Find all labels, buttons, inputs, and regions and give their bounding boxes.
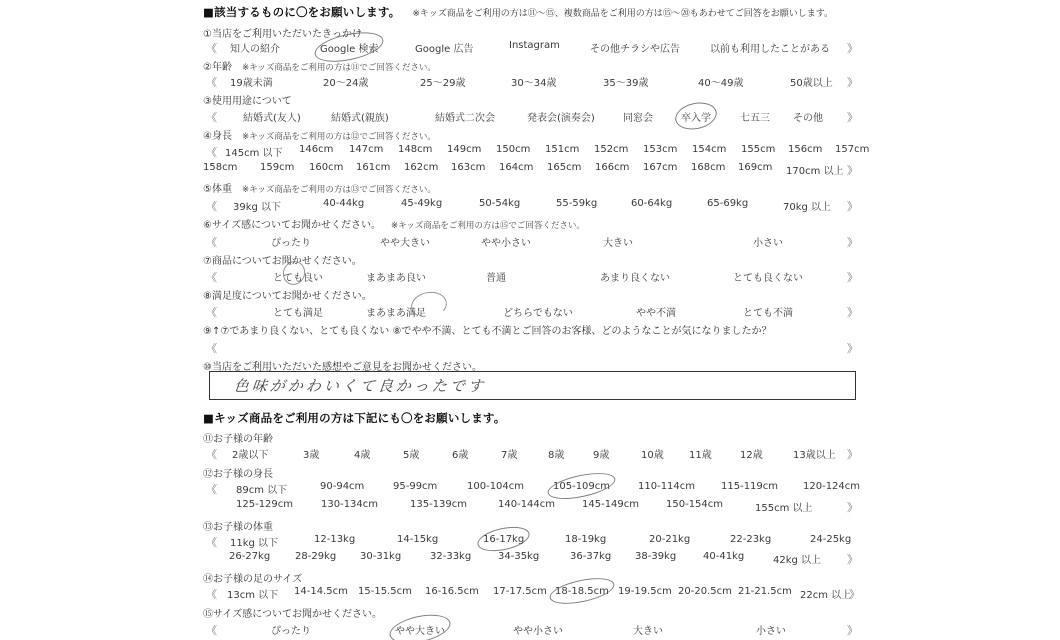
- survey-form: ■該当するものに〇をお願いします。※キッズ商品をご利用の方は⑪〜⑮、複数商品をご…: [0, 0, 1060, 640]
- q4-title: ④身長: [203, 131, 232, 142]
- bracket-right: 》: [847, 74, 858, 90]
- q14-option[interactable]: 15-15.5cm: [358, 586, 412, 597]
- q5-option[interactable]: 50-54kg: [479, 198, 520, 209]
- q4-option[interactable]: 169cm: [738, 162, 772, 173]
- q6-option[interactable]: ぴったり: [271, 234, 311, 249]
- q1-option[interactable]: Google 広告: [415, 40, 473, 55]
- q11-label: ⑪お子様の年齢: [203, 430, 273, 445]
- q14-option[interactable]: 13cm 以下: [227, 586, 278, 601]
- q11-option[interactable]: 13歳以上: [793, 446, 836, 461]
- q13-option[interactable]: 11kg 以下: [230, 534, 278, 549]
- q11-option[interactable]: 7歳: [501, 446, 517, 461]
- q8-option[interactable]: やや不満: [636, 304, 676, 319]
- q2-option[interactable]: 50歳以上: [790, 74, 833, 89]
- q14-option-selected[interactable]: 18-18.5cm: [555, 586, 609, 597]
- q4-option[interactable]: 158cm: [203, 162, 237, 173]
- q14-option[interactable]: 19-19.5cm: [618, 586, 672, 597]
- q12-option[interactable]: 150-154cm: [666, 499, 723, 510]
- q13-option[interactable]: 22-23kg: [730, 534, 771, 545]
- q13-option[interactable]: 20-21kg: [649, 534, 690, 545]
- section-heading-main: ■該当するものに〇をお願いします。※キッズ商品をご利用の方は⑪〜⑮、複数商品をご…: [203, 4, 833, 20]
- bracket-left: 《: [206, 234, 217, 250]
- q4-note: ※キッズ商品をご利用の方は⑫でご回答ください。: [242, 132, 436, 142]
- q8-options: 《 とても満足 まあまあ満足 どちらでもない やや不満 とても不満 》: [203, 304, 858, 320]
- q4-option[interactable]: 163cm: [451, 162, 485, 173]
- q11-option[interactable]: 9歳: [593, 446, 609, 461]
- q14-option[interactable]: 17-17.5cm: [493, 586, 547, 597]
- bracket-right: 》: [847, 234, 858, 250]
- q2-options: 《 19歳未満 20〜24歳 25〜29歳 30〜34歳 35〜39歳 40〜4…: [203, 74, 858, 90]
- bracket-right: 》: [847, 499, 858, 515]
- q11-option[interactable]: 11歳: [689, 446, 712, 461]
- q13-option[interactable]: 40-41kg: [703, 551, 744, 562]
- q13-option[interactable]: 36-37kg: [570, 551, 611, 562]
- q4-option[interactable]: 164cm: [499, 162, 533, 173]
- q11-option[interactable]: 12歳: [740, 446, 763, 461]
- bracket-left: 《: [206, 144, 217, 160]
- q4-options-line2: 158cm 159cm 160cm 161cm 162cm 163cm 164c…: [203, 162, 858, 178]
- q6-option[interactable]: 大きい: [603, 234, 633, 249]
- q13-option[interactable]: 42kg 以上: [773, 551, 821, 566]
- q4-option[interactable]: 155cm: [741, 144, 775, 155]
- q13-option[interactable]: 32-33kg: [430, 551, 471, 562]
- q11-option[interactable]: 3歳: [303, 446, 319, 461]
- q4-option[interactable]: 145cm 以下: [225, 144, 283, 159]
- q13-option-selected[interactable]: 16-17kg: [483, 534, 524, 545]
- q3-option[interactable]: 結婚式(友人): [243, 109, 301, 124]
- bracket-right: 》: [847, 622, 858, 638]
- bracket-left: 《: [206, 304, 217, 320]
- bracket-right: 》: [847, 198, 858, 214]
- q2-option[interactable]: 40〜49歳: [698, 74, 743, 89]
- q2-option[interactable]: 19歳未満: [230, 74, 273, 89]
- q6-label: ⑥サイズ感についてお聞かせください。※キッズ商品をご利用の方は⑮でご回答ください…: [203, 216, 585, 231]
- q4-option[interactable]: 167cm: [643, 162, 677, 173]
- q6-option[interactable]: 小さい: [753, 234, 783, 249]
- q14-option[interactable]: 21-21.5cm: [738, 586, 792, 597]
- q2-option[interactable]: 25〜29歳: [420, 74, 465, 89]
- q2-title: ②年齢: [203, 62, 232, 73]
- q14-options: 《 13cm 以下 14-14.5cm 15-15.5cm 16-16.5cm …: [203, 586, 860, 602]
- bracket-left: 《: [206, 198, 217, 214]
- q12-option[interactable]: 130-134cm: [321, 499, 378, 510]
- q12-option[interactable]: 120-124cm: [803, 481, 860, 492]
- q5-note: ※キッズ商品をご利用の方は⑬でご回答ください。: [242, 185, 436, 195]
- q14-option[interactable]: 14-14.5cm: [294, 586, 348, 597]
- q3-option[interactable]: 七五三: [740, 109, 770, 124]
- q13-option[interactable]: 12-13kg: [314, 534, 355, 545]
- bracket-right: 》: [847, 304, 858, 320]
- q1-options: 《 知人の紹介 Google 検索 Google 広告 Instagram その…: [203, 40, 858, 56]
- q2-option[interactable]: 30〜34歳: [511, 74, 556, 89]
- q4-option[interactable]: 166cm: [595, 162, 629, 173]
- q11-option[interactable]: 10歳: [641, 446, 664, 461]
- q10-comment-box[interactable]: 色味がかわいくて良かったです: [209, 371, 856, 400]
- q12-label: ⑫お子様の身長: [203, 465, 273, 480]
- q14-option[interactable]: 16-16.5cm: [425, 586, 479, 597]
- bracket-right: 》: [847, 551, 858, 567]
- q5-option[interactable]: 40-44kg: [323, 198, 364, 209]
- bracket-left: 《: [206, 74, 217, 90]
- q6-title: ⑥サイズ感についてお聞かせください。: [203, 220, 381, 231]
- q11-option[interactable]: 5歳: [403, 446, 419, 461]
- section-note: ※キッズ商品をご利用の方は⑪〜⑮、複数商品をご利用の方は⑮〜⑳もあわせてご回答を…: [412, 9, 833, 19]
- q13-option[interactable]: 24-25kg: [810, 534, 851, 545]
- q8-option[interactable]: どちらでもない: [503, 304, 573, 319]
- q6-options: 《 ぴったり やや大きい やや小さい 大きい 小さい 》: [203, 234, 858, 250]
- q4-option[interactable]: 157cm: [835, 144, 869, 155]
- q3-option[interactable]: 結婚式(親族): [331, 109, 389, 124]
- q4-option[interactable]: 148cm: [398, 144, 432, 155]
- q9-answer-row[interactable]: 《 》: [203, 340, 858, 356]
- q13-option[interactable]: 18-19kg: [565, 534, 606, 545]
- q4-option[interactable]: 162cm: [404, 162, 438, 173]
- q12-option[interactable]: 90-94cm: [320, 481, 364, 492]
- q5-option[interactable]: 55-59kg: [556, 198, 597, 209]
- q12-option[interactable]: 155cm 以上: [755, 499, 813, 514]
- q11-option[interactable]: 8歳: [548, 446, 564, 461]
- q13-options-line2: 26-27kg 28-29kg 30-31kg 32-33kg 34-35kg …: [203, 551, 858, 567]
- q13-option[interactable]: 30-31kg: [360, 551, 401, 562]
- q1-option[interactable]: 知人の紹介: [230, 40, 280, 55]
- q13-options-line1: 《 11kg 以下 12-13kg 14-15kg 16-17kg 18-19k…: [203, 534, 868, 550]
- q2-option[interactable]: 35〜39歳: [603, 74, 648, 89]
- q8-option[interactable]: とても満足: [273, 304, 323, 319]
- q4-option[interactable]: 165cm: [547, 162, 581, 173]
- q14-option[interactable]: 22cm 以上: [800, 586, 851, 601]
- q15-option-selected[interactable]: やや大きい: [395, 622, 445, 637]
- bracket-left: 《: [206, 534, 217, 550]
- bracket-left: 《: [206, 446, 217, 462]
- q12-option[interactable]: 95-99cm: [393, 481, 437, 492]
- q5-option[interactable]: 39kg 以下: [233, 198, 281, 213]
- bracket-right: 》: [847, 109, 858, 125]
- q4-option[interactable]: 156cm: [788, 144, 822, 155]
- q12-options-line1: 《 89cm 以下 90-94cm 95-99cm 100-104cm 105-…: [203, 481, 868, 497]
- q7-option[interactable]: あまり良くない: [600, 269, 670, 284]
- q5-option[interactable]: 60-64kg: [631, 198, 672, 209]
- q5-label: ⑤体重※キッズ商品をご利用の方は⑬でご回答ください。: [203, 180, 436, 195]
- q13-option[interactable]: 14-15kg: [397, 534, 438, 545]
- q12-option[interactable]: 89cm 以下: [236, 481, 287, 496]
- q3-option[interactable]: 結婚式二次会: [435, 109, 495, 124]
- bracket-left: 《: [206, 340, 217, 356]
- q4-option[interactable]: 147cm: [349, 144, 383, 155]
- q13-option[interactable]: 26-27kg: [229, 551, 270, 562]
- q5-options: 《 39kg 以下 40-44kg 45-49kg 50-54kg 55-59k…: [203, 198, 858, 214]
- bracket-right: 》: [847, 269, 858, 285]
- q4-option[interactable]: 161cm: [356, 162, 390, 173]
- q7-options: 《 とても良い まあまあ良い 普通 あまり良くない とても良くない 》: [203, 269, 858, 285]
- section-heading-kids: ■キッズ商品をご利用の方は下記にも〇をお願いします。: [203, 410, 505, 426]
- bracket-left: 《: [206, 586, 217, 602]
- q3-options: 《 結婚式(友人) 結婚式(親族) 結婚式二次会 発表会(演奏会) 同窓会 卒入…: [203, 109, 858, 125]
- q12-option[interactable]: 100-104cm: [467, 481, 524, 492]
- q3-option-selected[interactable]: 卒入学: [681, 109, 711, 124]
- q7-option[interactable]: 普通: [486, 269, 506, 284]
- bracket-right: 》: [847, 446, 858, 462]
- q3-option[interactable]: 発表会(演奏会): [527, 109, 595, 124]
- q1-option[interactable]: 以前も利用したことがある: [710, 40, 830, 55]
- q1-option-selected[interactable]: Google 検索: [320, 40, 378, 55]
- bracket-left: 《: [206, 40, 217, 56]
- q5-title: ⑤体重: [203, 184, 232, 195]
- q4-label: ④身長※キッズ商品をご利用の方は⑫でご回答ください。: [203, 127, 436, 142]
- q11-option[interactable]: 2歳以下: [232, 446, 268, 461]
- q6-note: ※キッズ商品をご利用の方は⑮でご回答ください。: [391, 221, 585, 231]
- q8-label: ⑧満足度についてお聞かせください。: [203, 287, 372, 302]
- q15-option[interactable]: 大きい: [633, 622, 663, 637]
- q4-option[interactable]: 170cm 以上: [786, 162, 844, 177]
- q11-option[interactable]: 4歳: [354, 446, 370, 461]
- bracket-left: 《: [206, 109, 217, 125]
- q2-label: ②年齢※キッズ商品をご利用の方は⑪でご回答ください。: [203, 58, 436, 73]
- q4-option[interactable]: 160cm: [309, 162, 343, 173]
- q12-options-line2: 125-129cm 130-134cm 135-139cm 140-144cm …: [203, 499, 858, 515]
- bracket-right: 》: [847, 40, 858, 56]
- q6-option[interactable]: やや大きい: [380, 234, 430, 249]
- q1-option[interactable]: Instagram: [509, 40, 560, 51]
- bracket-right: 》: [847, 162, 858, 178]
- q4-option[interactable]: 159cm: [260, 162, 294, 173]
- q7-label: ⑦商品についてお聞かせください。: [203, 252, 362, 267]
- q13-option[interactable]: 34-35kg: [498, 551, 539, 562]
- q4-option[interactable]: 151cm: [545, 144, 579, 155]
- q15-option[interactable]: 小さい: [756, 622, 786, 637]
- q11-option[interactable]: 6歳: [452, 446, 468, 461]
- q3-label: ③使用用途について: [203, 92, 292, 107]
- q12-option[interactable]: 135-139cm: [410, 499, 467, 510]
- q4-option[interactable]: 168cm: [691, 162, 725, 173]
- q12-option[interactable]: 125-129cm: [236, 499, 293, 510]
- q8-option[interactable]: とても不満: [743, 304, 793, 319]
- q9-label: ⑨↑⑦であまり良くない、とても良くない ⑧でやや不満、とても不満とご回答のお客様…: [203, 322, 771, 337]
- q3-option[interactable]: 同窓会: [623, 109, 653, 124]
- q14-option[interactable]: 20-20.5cm: [678, 586, 732, 597]
- q12-option[interactable]: 115-119cm: [721, 481, 778, 492]
- q5-option[interactable]: 65-69kg: [707, 198, 748, 209]
- section-title: ■該当するものに〇をお願いします。: [203, 5, 400, 19]
- q15-option[interactable]: やや小さい: [513, 622, 563, 637]
- q4-option[interactable]: 146cm: [299, 144, 333, 155]
- q4-option[interactable]: 154cm: [692, 144, 726, 155]
- q4-option[interactable]: 152cm: [594, 144, 628, 155]
- q11-options: 《 2歳以下 3歳 4歳 5歳 6歳 7歳 8歳 9歳 10歳 11歳 12歳 …: [203, 446, 858, 462]
- bracket-left: 《: [206, 622, 217, 638]
- bracket-left: 《: [206, 269, 217, 285]
- bracket-right: 》: [847, 340, 858, 356]
- q15-options: 《 ぴったり やや大きい やや小さい 大きい 小さい 》: [203, 622, 858, 638]
- q15-label: ⑮サイズ感についてお聞かせください。: [203, 605, 382, 620]
- bracket-right: 》: [849, 586, 860, 602]
- q13-option[interactable]: 28-29kg: [295, 551, 336, 562]
- q1-option[interactable]: その他チラシや広告: [590, 40, 680, 55]
- q14-label: ⑭お子様の足のサイズ: [203, 570, 302, 585]
- q4-option[interactable]: 150cm: [496, 144, 530, 155]
- q2-note: ※キッズ商品をご利用の方は⑪でご回答ください。: [242, 63, 436, 73]
- q7-option[interactable]: まあまあ良い: [366, 269, 426, 284]
- q10-handwritten-answer: 色味がかわいくて良かったです: [233, 375, 487, 396]
- q7-option[interactable]: とても良くない: [733, 269, 803, 284]
- q6-option[interactable]: やや小さい: [481, 234, 531, 249]
- q5-option[interactable]: 70kg 以上: [783, 198, 831, 213]
- q2-option[interactable]: 20〜24歳: [323, 74, 368, 89]
- q15-option[interactable]: ぴったり: [271, 622, 311, 637]
- q4-option[interactable]: 149cm: [447, 144, 481, 155]
- q12-option[interactable]: 140-144cm: [498, 499, 555, 510]
- q5-option[interactable]: 45-49kg: [401, 198, 442, 209]
- q3-option[interactable]: その他: [793, 109, 823, 124]
- q12-option[interactable]: 110-114cm: [638, 481, 695, 492]
- q13-label: ⑬お子様の体重: [203, 518, 273, 533]
- q12-option-selected[interactable]: 105-109cm: [553, 481, 610, 492]
- bracket-left: 《: [206, 481, 217, 497]
- q4-options-line1: 《 145cm 以下 146cm 147cm 148cm 149cm 150cm…: [203, 144, 863, 160]
- q13-option[interactable]: 38-39kg: [635, 551, 676, 562]
- q12-option[interactable]: 145-149cm: [582, 499, 639, 510]
- q4-option[interactable]: 153cm: [643, 144, 677, 155]
